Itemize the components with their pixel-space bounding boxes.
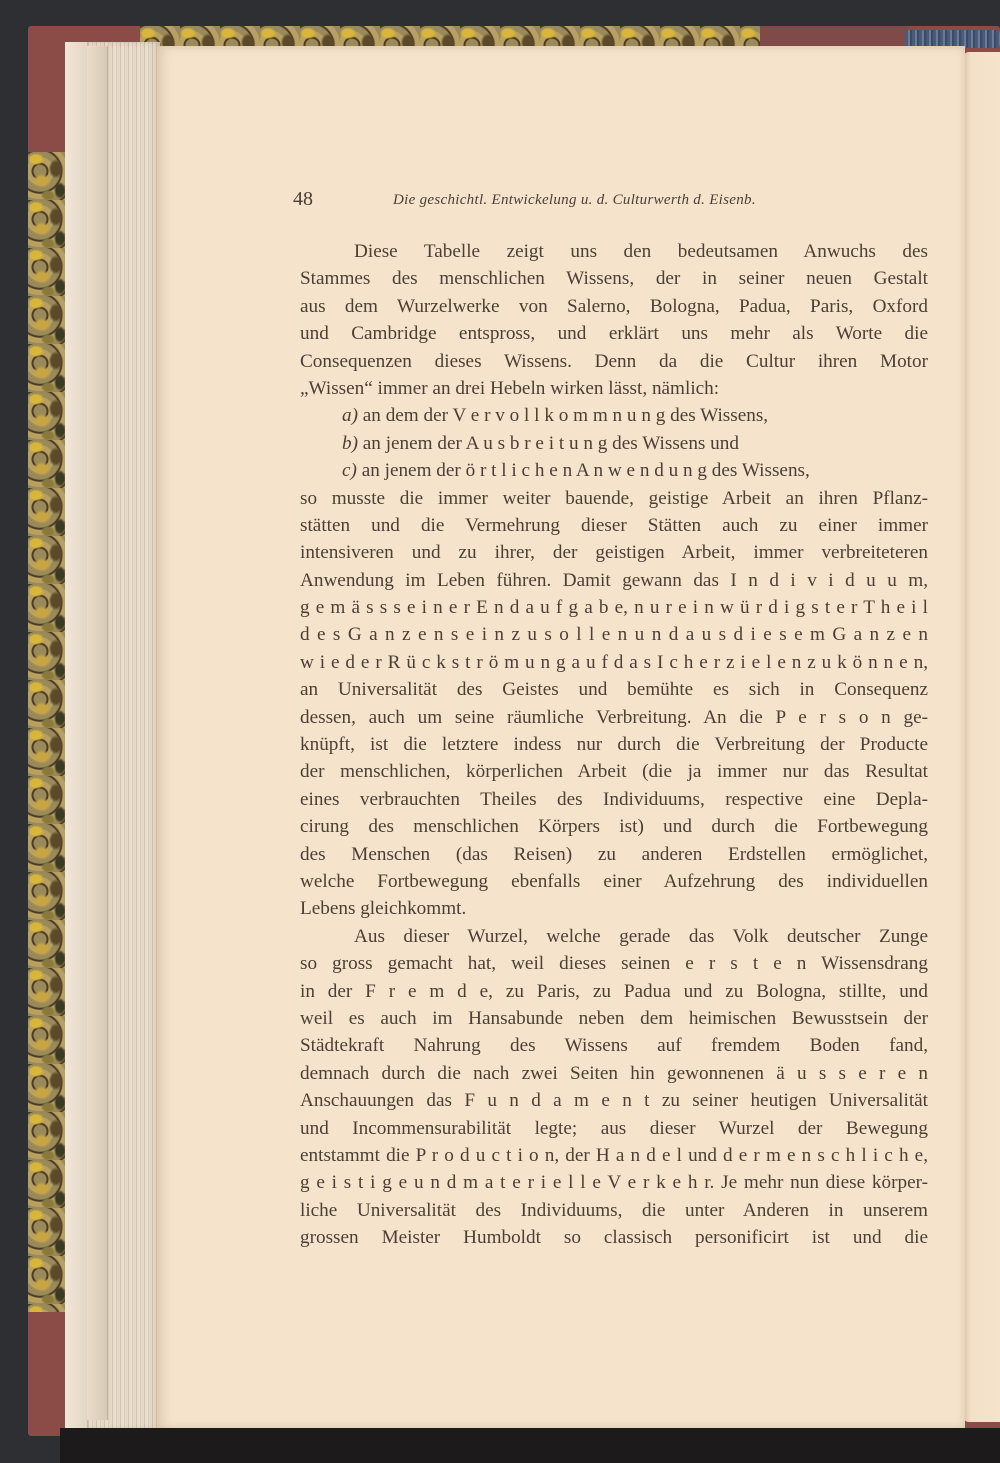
list-item-label: b) [342, 433, 358, 454]
marbled-paper-top [140, 26, 760, 46]
text-line: Anschauungen das F u n d a m e n t zu se… [300, 1087, 928, 1114]
line-text: an Universalität des Geistes und bemühte… [300, 679, 928, 700]
line-text: an dem der V e r v o l l k o m m n u n g… [358, 405, 768, 426]
line-text: an jenem der ö r t l i c h e n A n w e n… [357, 460, 810, 481]
text-line: welche Fortbewegung ebenfalls einer Aufz… [300, 868, 928, 895]
text-line: knüpft, ist die letztere indess nur durc… [300, 731, 928, 758]
line-text: an jenem der A u s b r e i t u n g des W… [358, 433, 739, 454]
text-line: der menschlichen, körperlichen Arbeit (d… [300, 758, 928, 785]
line-text: liche Universalität des Individuums, die… [300, 1200, 928, 1221]
text-line: grossen Meister Humboldt so classisch pe… [300, 1224, 928, 1251]
page-edge-fold [87, 46, 108, 1420]
text-line: Anwendung im Leben führen. Damit gewann … [300, 567, 928, 594]
line-text: g e m ä s s s e i n e r E n d a u f g a … [300, 597, 928, 618]
line-text: Consequenzen dieses Wissens. Denn da die… [300, 351, 928, 372]
line-text: so gross gemacht hat, weil dieses seinen… [300, 953, 928, 974]
line-text: aus dem Wurzelwerke von Salerno, Bologna… [300, 296, 928, 317]
line-text: Anschauungen das F u n d a m e n t zu se… [300, 1090, 928, 1111]
line-text: Stammes des menschlichen Wissens, der in… [300, 268, 928, 289]
text-line: Stammes des menschlichen Wissens, der in… [300, 265, 928, 292]
line-text: Diese Tabelle zeigt uns den bedeutsamen … [354, 241, 928, 262]
line-text: Aus dieser Wurzel, welche gerade das Vol… [354, 926, 928, 947]
text-line: d e s G a n z e n s e i n z u s o l l e … [300, 621, 928, 648]
line-text: welche Fortbewegung ebenfalls einer Aufz… [300, 871, 928, 892]
line-text: des Menschen (das Reisen) zu anderen Erd… [300, 844, 928, 865]
page-number: 48 [293, 188, 313, 211]
line-text: Lebens gleichkommt. [300, 898, 466, 919]
line-text: und Cambridge entspross, und erklärt uns… [300, 323, 928, 344]
marbled-paper-left [28, 152, 66, 1312]
line-text: cirung des menschlichen Körpers ist) und… [300, 816, 928, 837]
line-text: Anwendung im Leben führen. Damit gewann … [300, 570, 928, 591]
text-line: an Universalität des Geistes und bemühte… [300, 676, 928, 703]
line-text: d e s G a n z e n s e i n z u s o l l e … [300, 624, 928, 645]
text-line: Aus dieser Wurzel, welche gerade das Vol… [300, 923, 928, 950]
line-text: eines verbrauchten Theiles des Individuu… [300, 789, 928, 810]
running-title: Die geschichtl. Entwickelung u. d. Cultu… [393, 192, 756, 209]
line-text: entstammt die P r o d u c t i o n, der H… [300, 1145, 928, 1166]
text-line: g e m ä s s s e i n e r E n d a u f g a … [300, 594, 928, 621]
line-text: dessen, auch um seine räumliche Verbreit… [300, 707, 928, 728]
text-line: cirung des menschlichen Körpers ist) und… [300, 813, 928, 840]
text-line: w i e d e r R ü c k s t r ö m u n g a u … [300, 649, 928, 676]
text-line: Diese Tabelle zeigt uns den bedeutsamen … [300, 238, 928, 265]
text-line: liche Universalität des Individuums, die… [300, 1197, 928, 1224]
line-text: demnach durch die nach zwei Seiten hin g… [300, 1063, 928, 1084]
list-item: a) an dem der V e r v o l l k o m m n u … [300, 402, 928, 429]
line-text: und Incommensurabilität legte; aus diese… [300, 1118, 928, 1139]
list-item: b) an jenem der A u s b r e i t u n g de… [300, 430, 928, 457]
text-line: Städtekraft Nahrung des Wissens auf frem… [300, 1032, 928, 1059]
line-text: so musste die immer weiter bauende, geis… [300, 488, 928, 509]
body-text: Diese Tabelle zeigt uns den bedeutsamen … [300, 238, 928, 1251]
text-line: so musste die immer weiter bauende, geis… [300, 485, 928, 512]
list-item-label: c) [342, 460, 357, 481]
text-line: aus dem Wurzelwerke von Salerno, Bologna… [300, 293, 928, 320]
text-line: demnach durch die nach zwei Seiten hin g… [300, 1060, 928, 1087]
line-text: intensiveren und zu ihrer, der geistigen… [300, 542, 928, 563]
line-text: w i e d e r R ü c k s t r ö m u n g a u … [300, 652, 928, 673]
text-line: so gross gemacht hat, weil dieses seinen… [300, 950, 928, 977]
text-line: und Incommensurabilität legte; aus diese… [300, 1115, 928, 1142]
text-line: stätten und die Vermehrung dieser Stätte… [300, 512, 928, 539]
text-line: intensiveren und zu ihrer, der geistigen… [300, 539, 928, 566]
bottom-shadow [60, 1428, 1000, 1463]
page-edge-stack [65, 42, 160, 1430]
book-scan: 48 Die geschichtl. Entwickelung u. d. Cu… [0, 0, 1000, 1463]
running-head: 48 Die geschichtl. Entwickelung u. d. Cu… [293, 188, 933, 214]
line-text: „Wissen“ immer an drei Hebeln wirken läs… [300, 378, 719, 399]
text-line: und Cambridge entspross, und erklärt uns… [300, 320, 928, 347]
line-text: weil es auch im Hansabunde neben dem hei… [300, 1008, 928, 1029]
text-line: des Menschen (das Reisen) zu anderen Erd… [300, 841, 928, 868]
text-line: Consequenzen dieses Wissens. Denn da die… [300, 348, 928, 375]
text-line: dessen, auch um seine räumliche Verbreit… [300, 704, 928, 731]
page-edge-fold [65, 42, 88, 1430]
text-line: entstammt die P r o d u c t i o n, der H… [300, 1142, 928, 1169]
text-line: in der F r e m d e, zu Paris, zu Padua u… [300, 978, 928, 1005]
line-text: in der F r e m d e, zu Paris, zu Padua u… [300, 981, 928, 1002]
line-text: stätten und die Vermehrung dieser Stätte… [300, 515, 928, 536]
line-text: Städtekraft Nahrung des Wissens auf frem… [300, 1035, 928, 1056]
list-item: c) an jenem der ö r t l i c h e n A n w … [300, 457, 928, 484]
text-line: weil es auch im Hansabunde neben dem hei… [300, 1005, 928, 1032]
line-text: g e i s t i g e u n d m a t e r i e l l … [300, 1172, 928, 1193]
text-line: eines verbrauchten Theiles des Individuu… [300, 786, 928, 813]
line-text: knüpft, ist die letztere indess nur durc… [300, 734, 928, 755]
line-text: der menschlichen, körperlichen Arbeit (d… [300, 761, 928, 782]
line-text: grossen Meister Humboldt so classisch pe… [300, 1227, 928, 1248]
leather-corner-top [760, 26, 910, 48]
list-item-label: a) [342, 405, 358, 426]
text-line: Lebens gleichkommt. [300, 895, 928, 922]
text-line: „Wissen“ immer an drei Hebeln wirken läs… [300, 375, 928, 402]
next-page-edge [963, 52, 1000, 1422]
text-line: g e i s t i g e u n d m a t e r i e l l … [300, 1169, 928, 1196]
